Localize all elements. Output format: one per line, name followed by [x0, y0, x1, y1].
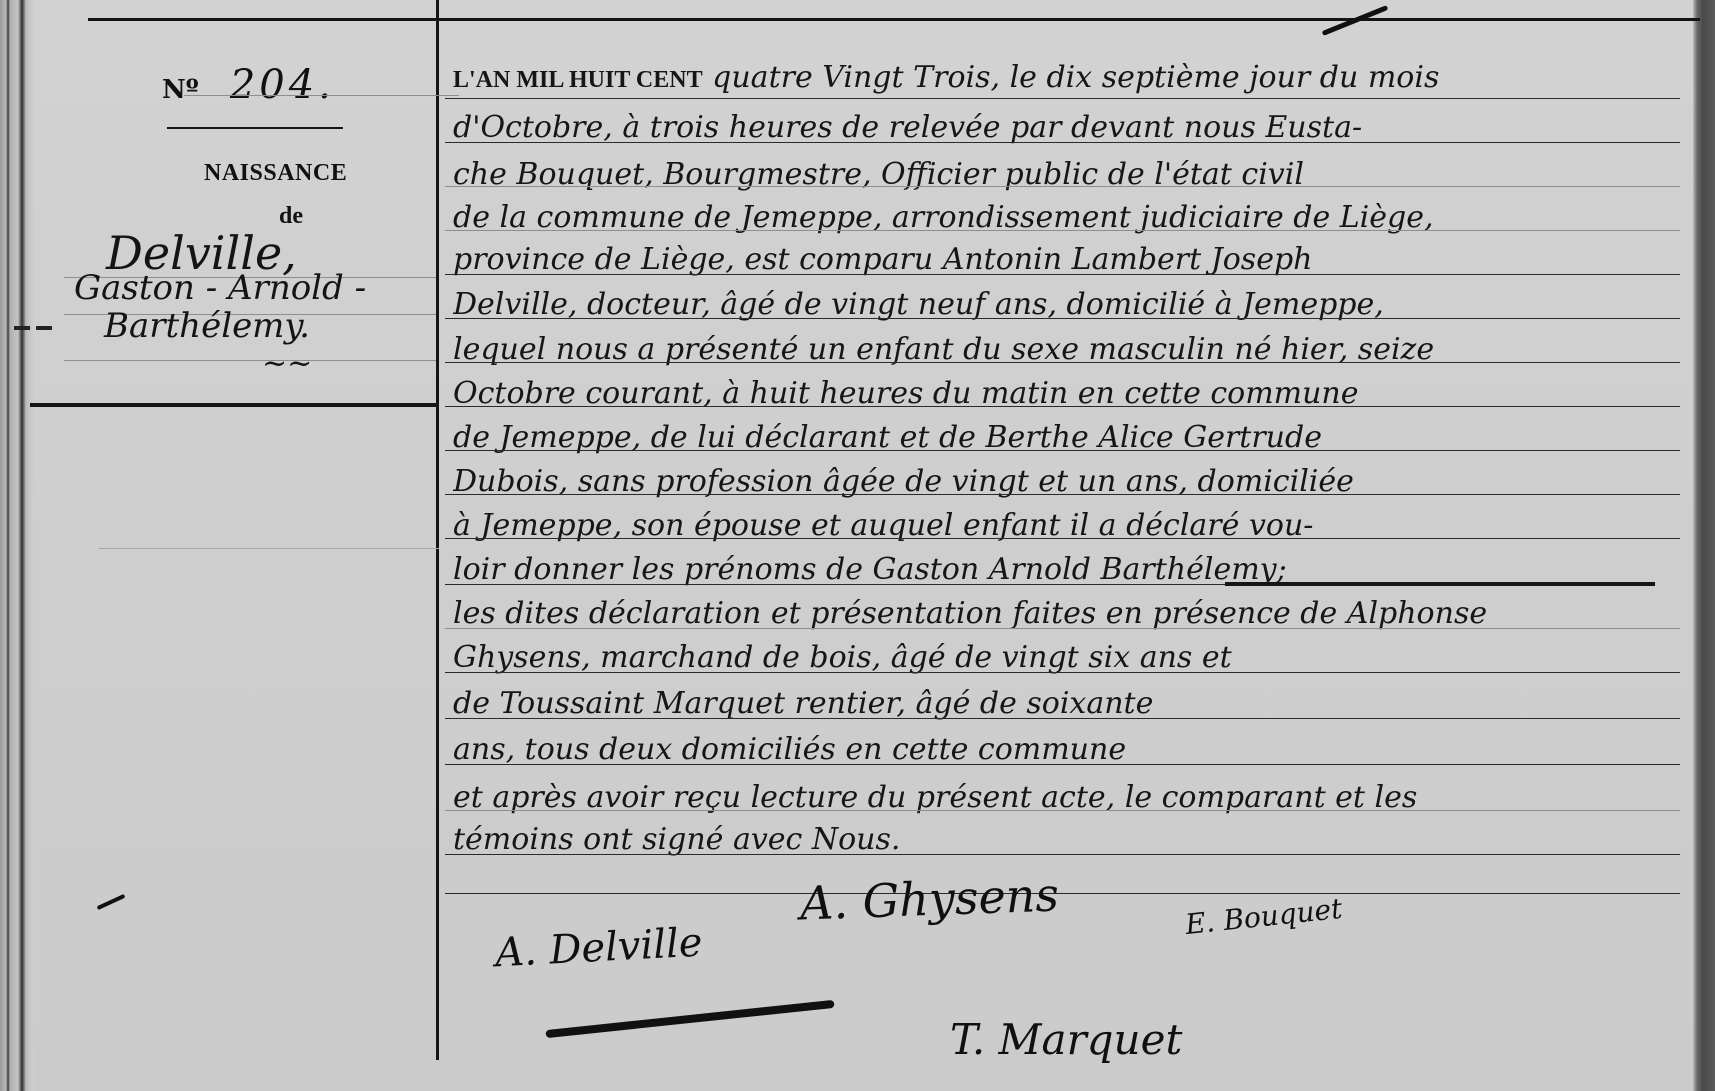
child-given-names: Gaston - Arnold -	[74, 268, 366, 308]
line-rule	[445, 718, 1680, 719]
line-text: loir donner les prénoms de Gaston Arnold…	[453, 552, 1287, 587]
body-line-17: et après avoir reçu lecture du présent a…	[453, 778, 1680, 818]
line-rule	[445, 494, 1680, 495]
line-text: Delville, docteur, âgé de vingt neuf ans…	[453, 287, 1384, 322]
margin-ruling	[64, 360, 436, 361]
title-rule	[167, 127, 343, 129]
signature-rule	[445, 893, 1680, 894]
child-given-names-cont: Barthélemy.	[104, 306, 310, 346]
line-rule	[445, 362, 1680, 363]
line-rule	[445, 810, 1680, 811]
line-rule	[445, 186, 1680, 187]
number-underline	[184, 95, 459, 96]
line-text: témoins ont signé avec Nous.	[453, 822, 900, 857]
body-line-11: à Jemeppe, son épouse et auquel enfant i…	[453, 506, 1680, 546]
line-rule	[445, 318, 1680, 319]
body-line-3: che Bouquet, Bourgmestre, Officier publi…	[453, 155, 1680, 195]
line-rule	[445, 274, 1680, 275]
names-underline	[1225, 582, 1655, 586]
line-rule	[445, 672, 1680, 673]
register-page: Nº 204. NAISSANCE de Delville, Gaston - …	[0, 0, 1715, 1091]
line-text: province de Liège, est comparu Antonin L…	[453, 242, 1312, 277]
line-text: Ghysens, marchand de bois, âgé de vingt …	[453, 640, 1232, 675]
line-rule	[445, 584, 1225, 585]
printed-year-prefix: L'AN MIL HUIT CENT	[453, 67, 703, 93]
signature-witness-2: T. Marquet	[950, 1015, 1182, 1064]
line-text: les dites déclaration et présentation fa…	[453, 596, 1487, 631]
line-text: d'Octobre, à trois heures de relevée par…	[453, 110, 1362, 145]
line-rule	[445, 538, 1680, 539]
line-text: quatre Vingt Trois, le dix septième jour…	[712, 60, 1439, 95]
body-line-7: lequel nous a présenté un enfant du sexe…	[453, 330, 1680, 370]
margin-dash	[14, 326, 30, 330]
body-line-6: Delville, docteur, âgé de vingt neuf ans…	[453, 285, 1680, 325]
entry-end-rule	[30, 403, 436, 407]
entry-number-value: 204.	[230, 62, 335, 108]
line-rule	[445, 854, 1680, 855]
body-line-8: Octobre courant, à huit heures du matin …	[453, 374, 1680, 414]
line-text: ans, tous deux domiciliés en cette commu…	[453, 732, 1126, 767]
entry-number: Nº 204.	[162, 62, 335, 108]
entry-number-label: Nº	[162, 75, 199, 105]
line-rule	[445, 406, 1680, 407]
page-binding	[0, 0, 34, 1091]
signature-witness-1: A. Ghysens	[799, 867, 1060, 930]
body-line-10: Dubois, sans profession âgée de vingt et…	[453, 462, 1680, 502]
line-rule	[445, 628, 1680, 629]
line-rule	[445, 450, 1680, 451]
closing-flourish: ~~	[262, 346, 312, 381]
faded-ruling	[99, 548, 439, 549]
entry-title: NAISSANCE	[204, 160, 347, 187]
margin-column: Nº 204. NAISSANCE de Delville, Gaston - …	[34, 0, 444, 1091]
ink-mark	[97, 894, 126, 910]
line-rule	[445, 142, 1680, 143]
line-text: de Toussaint Marquet rentier, âgé de soi…	[453, 686, 1153, 721]
line-rule	[445, 764, 1680, 765]
line-rule	[445, 98, 1680, 99]
body-line-1: L'AN MIL HUIT CENT quatre Vingt Trois, l…	[453, 58, 1680, 98]
body-line-9: de Jemeppe, de lui déclarant et de Berth…	[453, 418, 1680, 458]
line-rule	[445, 230, 1680, 231]
page-edge	[1693, 0, 1715, 1091]
body-line-4: de la commune de Jemeppe, arrondissement…	[453, 198, 1680, 238]
margin-dash	[36, 326, 52, 330]
